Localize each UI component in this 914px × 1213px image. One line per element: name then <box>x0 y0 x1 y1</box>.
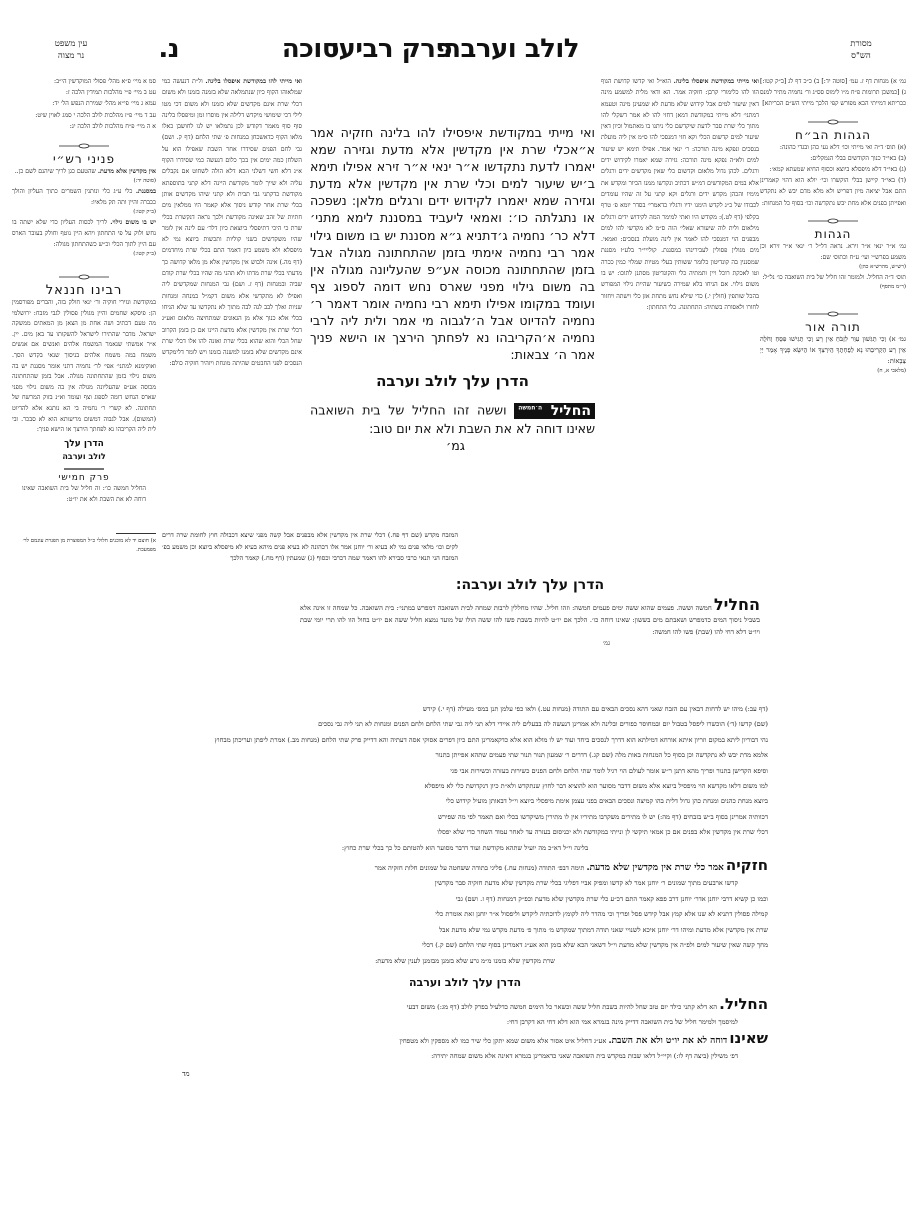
ornament-divider <box>760 118 906 126</box>
hagahot-item: תוס׳ ד״ה החליל. ולמומר זהו חליל של בית ה… <box>760 272 906 283</box>
divider-ornament-icon <box>59 143 109 149</box>
peninei-rashi-title: פניני רש״י <box>12 152 156 166</box>
tosafot-continuation: המזבח מקדש (שם דף פח.) דכלי שרת אין מקדש… <box>162 530 458 565</box>
divider-ornament-icon <box>808 119 858 125</box>
tosafot-chizkiya-dibbur: חזקיה <box>726 856 768 874</box>
ein-mishpat-item: עמא ג מיי׳ פי״א מהל׳ שמירת הנפש הל׳ יד: <box>12 98 156 109</box>
tosafot-hadran: הדרן עלך לולב וערבה <box>162 976 768 989</box>
tosafot-line: (דף עב:) מיהו יש לדחות דבאין עם הזבח שאנ… <box>162 702 768 717</box>
footnote-rule <box>116 533 156 534</box>
gemara-block: ואי מייתי במקודשת איפסילו להו בלינה חזקי… <box>310 124 595 454</box>
peninei-rashi-head: במסננת. <box>136 188 156 195</box>
mishna-dibbur: החליל ה׳חמשה <box>514 403 595 419</box>
hagahot-habach-item: (א) תוס׳ ד״ה ואי מייתי וכו׳ דלא נעי כהן … <box>760 142 906 153</box>
ein-mishpat-item: א ה מיי׳ פ״ח מהלכות לולב הלכה יג: <box>12 121 156 132</box>
tosafot-column: ואי מייתי להו במקודשת איפסלו בלינה. ול״ת… <box>162 76 302 370</box>
next-chapter-text: החליל חמשה כו׳: זה חליל של בית השואבה שא… <box>12 483 156 505</box>
tosafot-line: ביוצא מנחת כהנים ומנחת כהן גדול דלית בהו… <box>162 794 768 809</box>
next-chapter-title: פרק חמישי <box>12 473 156 483</box>
hagahot-source: (ר״מ מתסף) <box>760 283 906 292</box>
divider-ornament-icon <box>59 274 109 280</box>
peninei-rashi-text: שהטעם כגן לריך שיהנם לשם כן.. <box>15 168 96 175</box>
tosafot-line: (שם) קדשו (ד׳) הוכשרו ליפסל בטבול יום וב… <box>162 717 768 732</box>
ornament-divider <box>12 465 156 473</box>
ornament-divider <box>12 142 156 150</box>
hagahot-habach-item: (ב) באי״ד כנוך הקודשים בבלי הנמקלים: <box>760 153 906 164</box>
ein-mishpat-label: עין משפט נר מצוה <box>36 38 106 62</box>
chapter-number: פרק רביעי <box>331 34 452 64</box>
right-margin: גמ׳ א) מנחות דף ז. עמ׳ [סוטה יד:] ב) כ״כ… <box>760 76 906 376</box>
commentary-header-lines <box>300 76 600 122</box>
tosafot-line: בלינה וי״ל דא״כ מה יועיל שתהא מקודשת ועו… <box>162 841 768 856</box>
torah-or-text: גמ׳ א) וְכִי תַגִּשׁוּן עִוֵּר לִזְבֹּחַ… <box>760 334 906 368</box>
peninei-rashi-head: יש בו משום גילוי. <box>110 219 156 226</box>
divider-ornament-icon <box>64 467 104 471</box>
masoret-hashas-label: מסורת הש"ס <box>836 38 886 62</box>
torah-or-source: (מלאכי א, ח) <box>760 367 906 376</box>
tosafot-line: תימה דבפ׳ התודה (מנחות עח.) פליגי בתודה … <box>375 864 585 872</box>
divider-ornament-icon <box>808 218 858 224</box>
ornament-divider <box>12 273 156 281</box>
rashi-mishna-text: חמשה וששה. פעמים שהוא ששה ימים פעמים חמש… <box>300 604 760 636</box>
rashi-gemara-label: גמ׳ <box>300 638 760 649</box>
tosafot-sheino-dibbur: שאינו <box>729 1029 768 1047</box>
folio-number: נ. <box>158 34 179 64</box>
hagahot-title: הגהות <box>760 227 906 241</box>
gemara-hadran: הדרן עלך לולב וערבה <box>310 372 595 390</box>
tosafot-chizkiya-head: אמר כלי שרת אין מקדשין שלא מדעת. <box>587 863 724 873</box>
left-margin: סמ א מיי׳ פ״א מהל׳ פסולי המוקדשין הי״ב: … <box>12 76 156 554</box>
tosafot-line: קדשו ארבעים מתוך שמונים ר׳ יוחנן אמר לא … <box>162 876 768 891</box>
ornament-divider <box>760 310 906 318</box>
tosafot-sheino-head: דוחה לא את יו״ט ולא את השבת. <box>608 1036 727 1046</box>
ein-mishpat-item: סמ א מיי׳ פ״א מהל׳ פסולי המוקדשין הי״ב: <box>12 76 156 87</box>
hagahot-habach-title: הגהות הב״ח <box>760 128 906 142</box>
tosafot-line: נהי דבוריון ליתא במקום וזריון איתא אורחא… <box>162 733 768 748</box>
rashi-hadran: הדרן עלך לולב וערבה: <box>300 577 760 593</box>
footnote-text: א) חוצם יד לא מוכנים חלולי כ״ל המפוצרת מ… <box>12 537 156 554</box>
catchword: מד <box>162 1069 768 1080</box>
tractate-name: סוכה <box>282 34 339 64</box>
peninei-rashi-text: כלי ע״ג כלי ונותנין השמרים כתוך העליון ו… <box>12 188 156 206</box>
gemara-text: ואי מייתי במקודשת איפסילו להו בלינה חזקי… <box>310 124 595 363</box>
tosafot-opening: ואי מייתי להו במקודשת איפסלו בלינה. <box>205 78 302 85</box>
divider-ornament-icon <box>808 311 858 317</box>
rashi-column: ואי מייתי במקודשת איפסלו בלינה. הוא״ל וא… <box>601 76 759 313</box>
torah-or-title: תורה אור <box>760 320 906 334</box>
tosafot-text: ול״ת דנעשה כמי שמלאוהו הקוף כיון שנתמלאה… <box>162 78 302 367</box>
tosafot-line: שרת מקדשין שלא בזמנו מ״מ גרע שלא בזמנן מ… <box>162 954 768 969</box>
rabbeinu-chananel-text: במקודשת ונזירי חוקיה ור׳ ינאי חולק בזה, … <box>12 298 156 436</box>
rabbeinu-chananel-hadran-chapter: לולב וערבה <box>12 452 156 461</box>
peninei-rashi-head: אין מקדשין אלא מדעת. <box>98 168 156 175</box>
hagahot-habach-item: (ד) באי״ד קיישן בבלי הוקשרו וכי׳ יולא הו… <box>760 175 906 209</box>
tosafot-line: קמילה פסולין דתניא לא שנו אלא קמץ אבל קי… <box>162 907 768 922</box>
rashi-mishna-dibbur: החליל <box>714 595 760 614</box>
tosafot-chalil-dibbur: החליל. <box>719 995 768 1013</box>
hagahot-source: (רש״ש, מהרש״א כהן) <box>760 263 906 272</box>
tosafot-line: מחך קשה שאין שיעור למים ולפ״ה אין מקדשין… <box>162 938 768 953</box>
tosafot-continuation-text: המזבח מקדש (שם דף פח.) דכלי שרת אין מקדש… <box>162 530 458 565</box>
tosafot-line: שרת אין מקדשין אלא מדעת ומיהו דר׳ יוחנן … <box>162 923 768 938</box>
tosafot-line: וכמו כן קשיא דרבי יוחנן אדר׳ יוחנן דרב פ… <box>162 892 768 907</box>
rashi-text: הוא״ל ואי קדשו קדושת הגוף הוו להו כלימור… <box>601 78 759 311</box>
tosafot-line: למיסמך ולמימר חליל של בית השואבה דדייק מ… <box>162 1015 768 1030</box>
rabbeinu-chananel-hadran: הדרן עלך <box>12 439 156 449</box>
peninei-rashi-source: (סוטה יד:) <box>12 177 156 186</box>
tosafot-line: וסיפא הקדישן בתנור ופריך מהא דתנן ר״ש או… <box>162 764 768 779</box>
ein-mishpat-item: עט ב מיי׳ פ״י מהלכות תמידין הלכה ז: <box>12 87 156 98</box>
tosafot-line: הא דלא קתני כילד יום טוב שחל להיות בשבת … <box>407 1003 717 1011</box>
tosafot-lower: (דף עב:) מיהו יש לדחות דבאין עם הזבח שאנ… <box>162 702 768 1080</box>
masoret-hashas-text: גמ׳ א) מנחות דף ז. עמ׳ [סוטה יד:] ב) כ״כ… <box>760 76 906 110</box>
ornament-divider <box>760 217 906 225</box>
chapter-name: לולב וערבה <box>443 34 579 64</box>
tosafot-line: דכלי שרת אין מקדשין אלא בפנים אם כן אמאי… <box>162 825 768 840</box>
tosafot-line: דפ׳ משילין (ביצה דף לו:) וקיי״ל דלאו שבו… <box>162 1049 768 1064</box>
tosafot-line: למו משום דלאו מקדשא הוי מיפסיל ביוצא אלא… <box>162 779 768 794</box>
tosafot-line: אע״ג דחליל איט אסור אלא משום שמא יתקן כל… <box>400 1037 607 1045</box>
gemara-label: גמ׳ <box>310 437 595 454</box>
ein-mishpat-item: עב ד מיי׳ פ״ז מהלכות לולב הלכה י סמג לאו… <box>12 110 156 121</box>
rashi-opening: ואי מייתי במקודשת איפסלו בלינה. <box>674 78 759 85</box>
rabbeinu-chananel-title: רבינו חננאל <box>12 283 156 298</box>
tosafot-line: דכוותיה אמרינן בסוף ב״ש בזבחים (דף מה:) … <box>162 810 768 825</box>
tosafot-line: אלמא מדת יבש לא נתקדשה וכן בסוף כל המנחו… <box>162 748 768 763</box>
peninei-rashi-source: (ב״ק קטו:) <box>12 208 156 217</box>
hagahot-habach-item: (ג) באי״ד דלא מיפסלא ביוצא וכסוף החיא שמ… <box>760 164 906 175</box>
peninei-rashi-source: (ב״ק קטו:) <box>12 250 156 259</box>
hagahot-item: גמ׳ א״ר ינאי א״ר זירא. נראה דל״ל ר׳ ינאי… <box>760 241 906 263</box>
